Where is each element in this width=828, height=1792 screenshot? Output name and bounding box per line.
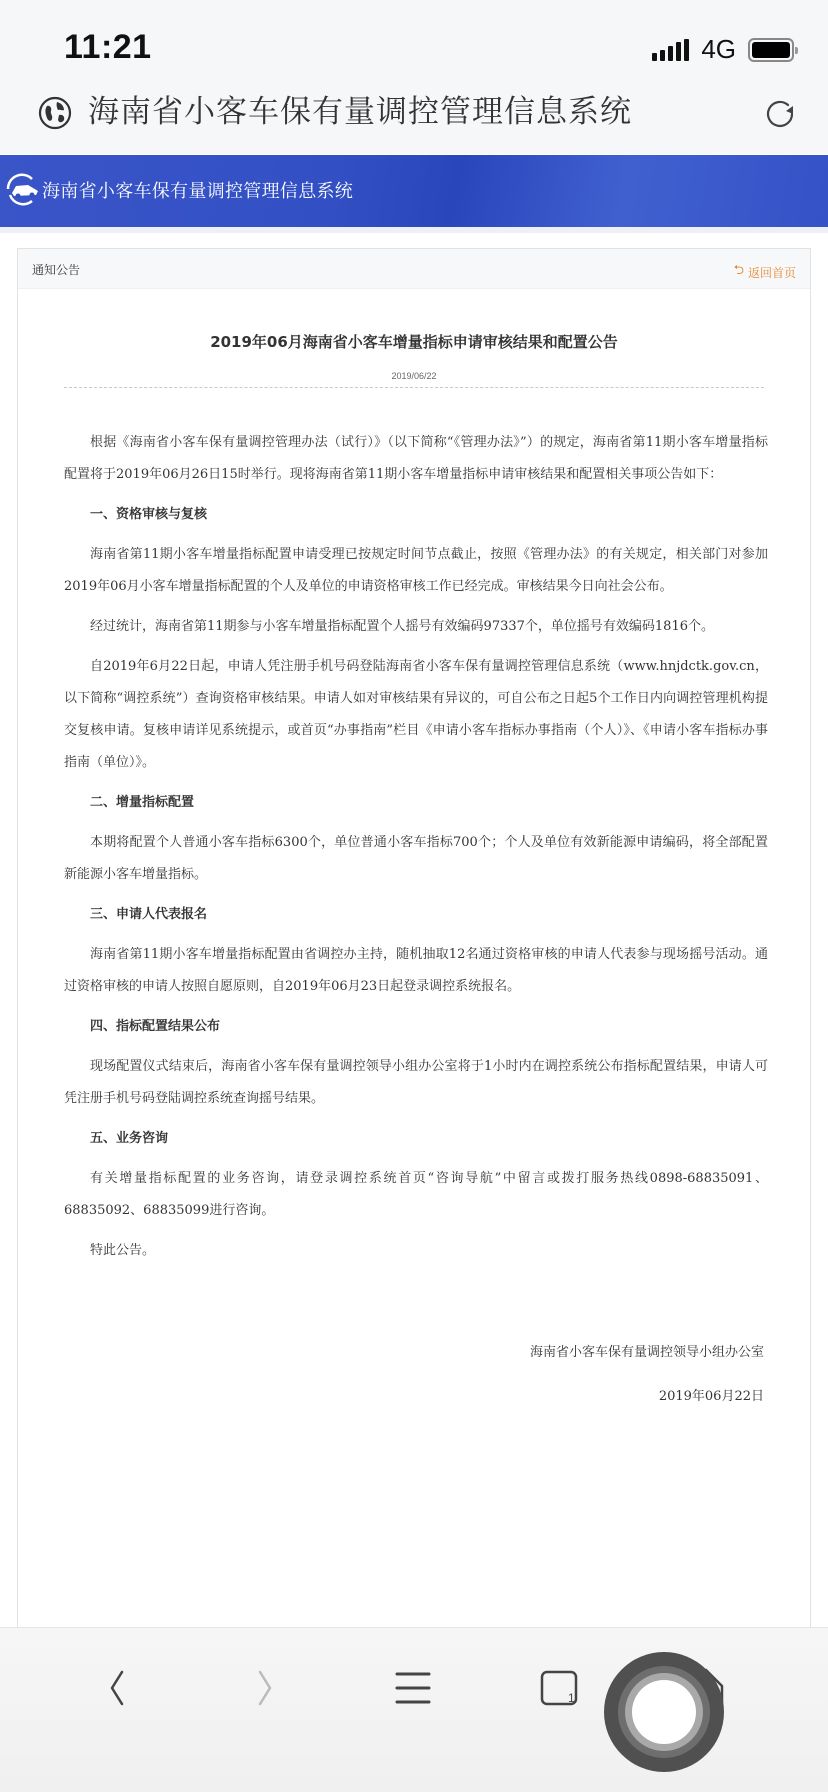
paragraph: 海南省第11期小客车增量指标配置申请受理已按规定时间节点截止，按照《管理办法》的… [64, 539, 768, 603]
chevron-right-icon[interactable] [234, 1658, 294, 1718]
signature-office: 海南省小客车保有量调控领导小组办公室 [530, 1341, 764, 1360]
paragraph: 特此公告。 [64, 1235, 768, 1267]
article-body: 根据《海南省小客车保有量调控管理办法（试行）》（以下简称“《管理办法》”）的规定… [64, 427, 768, 1275]
site-banner: 海南省小客车保有量调控管理信息系统 [0, 155, 828, 227]
tabs-icon[interactable]: 1 [530, 1658, 590, 1718]
signature-date: 2019年06月22日 [659, 1385, 764, 1404]
section-heading: 二、增量指标配置 [64, 787, 768, 819]
svg-text:1: 1 [568, 1691, 575, 1705]
article-date: 2019/06/22 [18, 371, 810, 381]
paragraph: 海南省第11期小客车增量指标配置由省调控办主持，随机抽取12名通过资格审核的申请… [64, 939, 768, 1003]
chevron-left-icon[interactable] [88, 1658, 148, 1718]
globe-icon [38, 96, 72, 130]
status-bar: 11:21 4G [0, 0, 828, 90]
return-arrow-icon: ⮌ [734, 261, 744, 283]
paragraph: 自2019年6月22日起，申请人凭注册手机号码登陆海南省小客车保有量调控管理信息… [64, 651, 768, 779]
reload-icon[interactable] [760, 94, 800, 134]
assistive-touch-button[interactable] [604, 1652, 724, 1772]
network-type: 4G [701, 34, 736, 65]
hamburger-menu-icon[interactable] [383, 1658, 443, 1718]
paragraph: 现场配置仪式结束后，海南省小客车保有量调控领导小组办公室将于1小时内在调控系统公… [64, 1051, 768, 1115]
status-indicators: 4G [652, 34, 794, 65]
paragraph: 本期将配置个人普通小客车指标6300个，单位普通小客车指标700个；个人及单位有… [64, 827, 768, 891]
section-heading: 三、申请人代表报名 [64, 899, 768, 931]
banner-divider [0, 227, 828, 233]
section-label: 通知公告 [32, 261, 80, 278]
article-title: 2019年06月海南省小客车增量指标申请审核结果和配置公告 [18, 331, 810, 352]
panel-header: 通知公告 ⮌ 返回首页 [18, 249, 810, 289]
back-home-label: 返回首页 [748, 264, 796, 281]
signal-icon [652, 39, 689, 61]
back-home-link[interactable]: ⮌ 返回首页 [734, 261, 796, 283]
paragraph: 有关增量指标配置的业务咨询，请登录调控系统首页“咨询导航”中留言或拨打服务热线0… [64, 1163, 768, 1227]
battery-icon [748, 38, 794, 62]
paragraph: 根据《海南省小客车保有量调控管理办法（试行）》（以下简称“《管理办法》”）的规定… [64, 427, 768, 491]
status-time: 11:21 [64, 28, 152, 67]
section-heading: 一、资格审核与复核 [64, 499, 768, 531]
section-heading: 四、指标配置结果公布 [64, 1011, 768, 1043]
announcement-panel: 通知公告 ⮌ 返回首页 2019年06月海南省小客车增量指标申请审核结果和配置公… [17, 248, 811, 1628]
page-title: 海南省小客车保有量调控管理信息系统 [88, 90, 632, 134]
section-heading: 五、业务咨询 [64, 1123, 768, 1155]
title-divider [64, 387, 764, 388]
car-logo-icon [2, 169, 42, 209]
address-bar[interactable]: 海南省小客车保有量调控管理信息系统 [0, 90, 828, 154]
site-title: 海南省小客车保有量调控管理信息系统 [42, 177, 353, 203]
paragraph: 经过统计，海南省第11期参与小客车增量指标配置个人摇号有效编码97337个，单位… [64, 611, 768, 643]
